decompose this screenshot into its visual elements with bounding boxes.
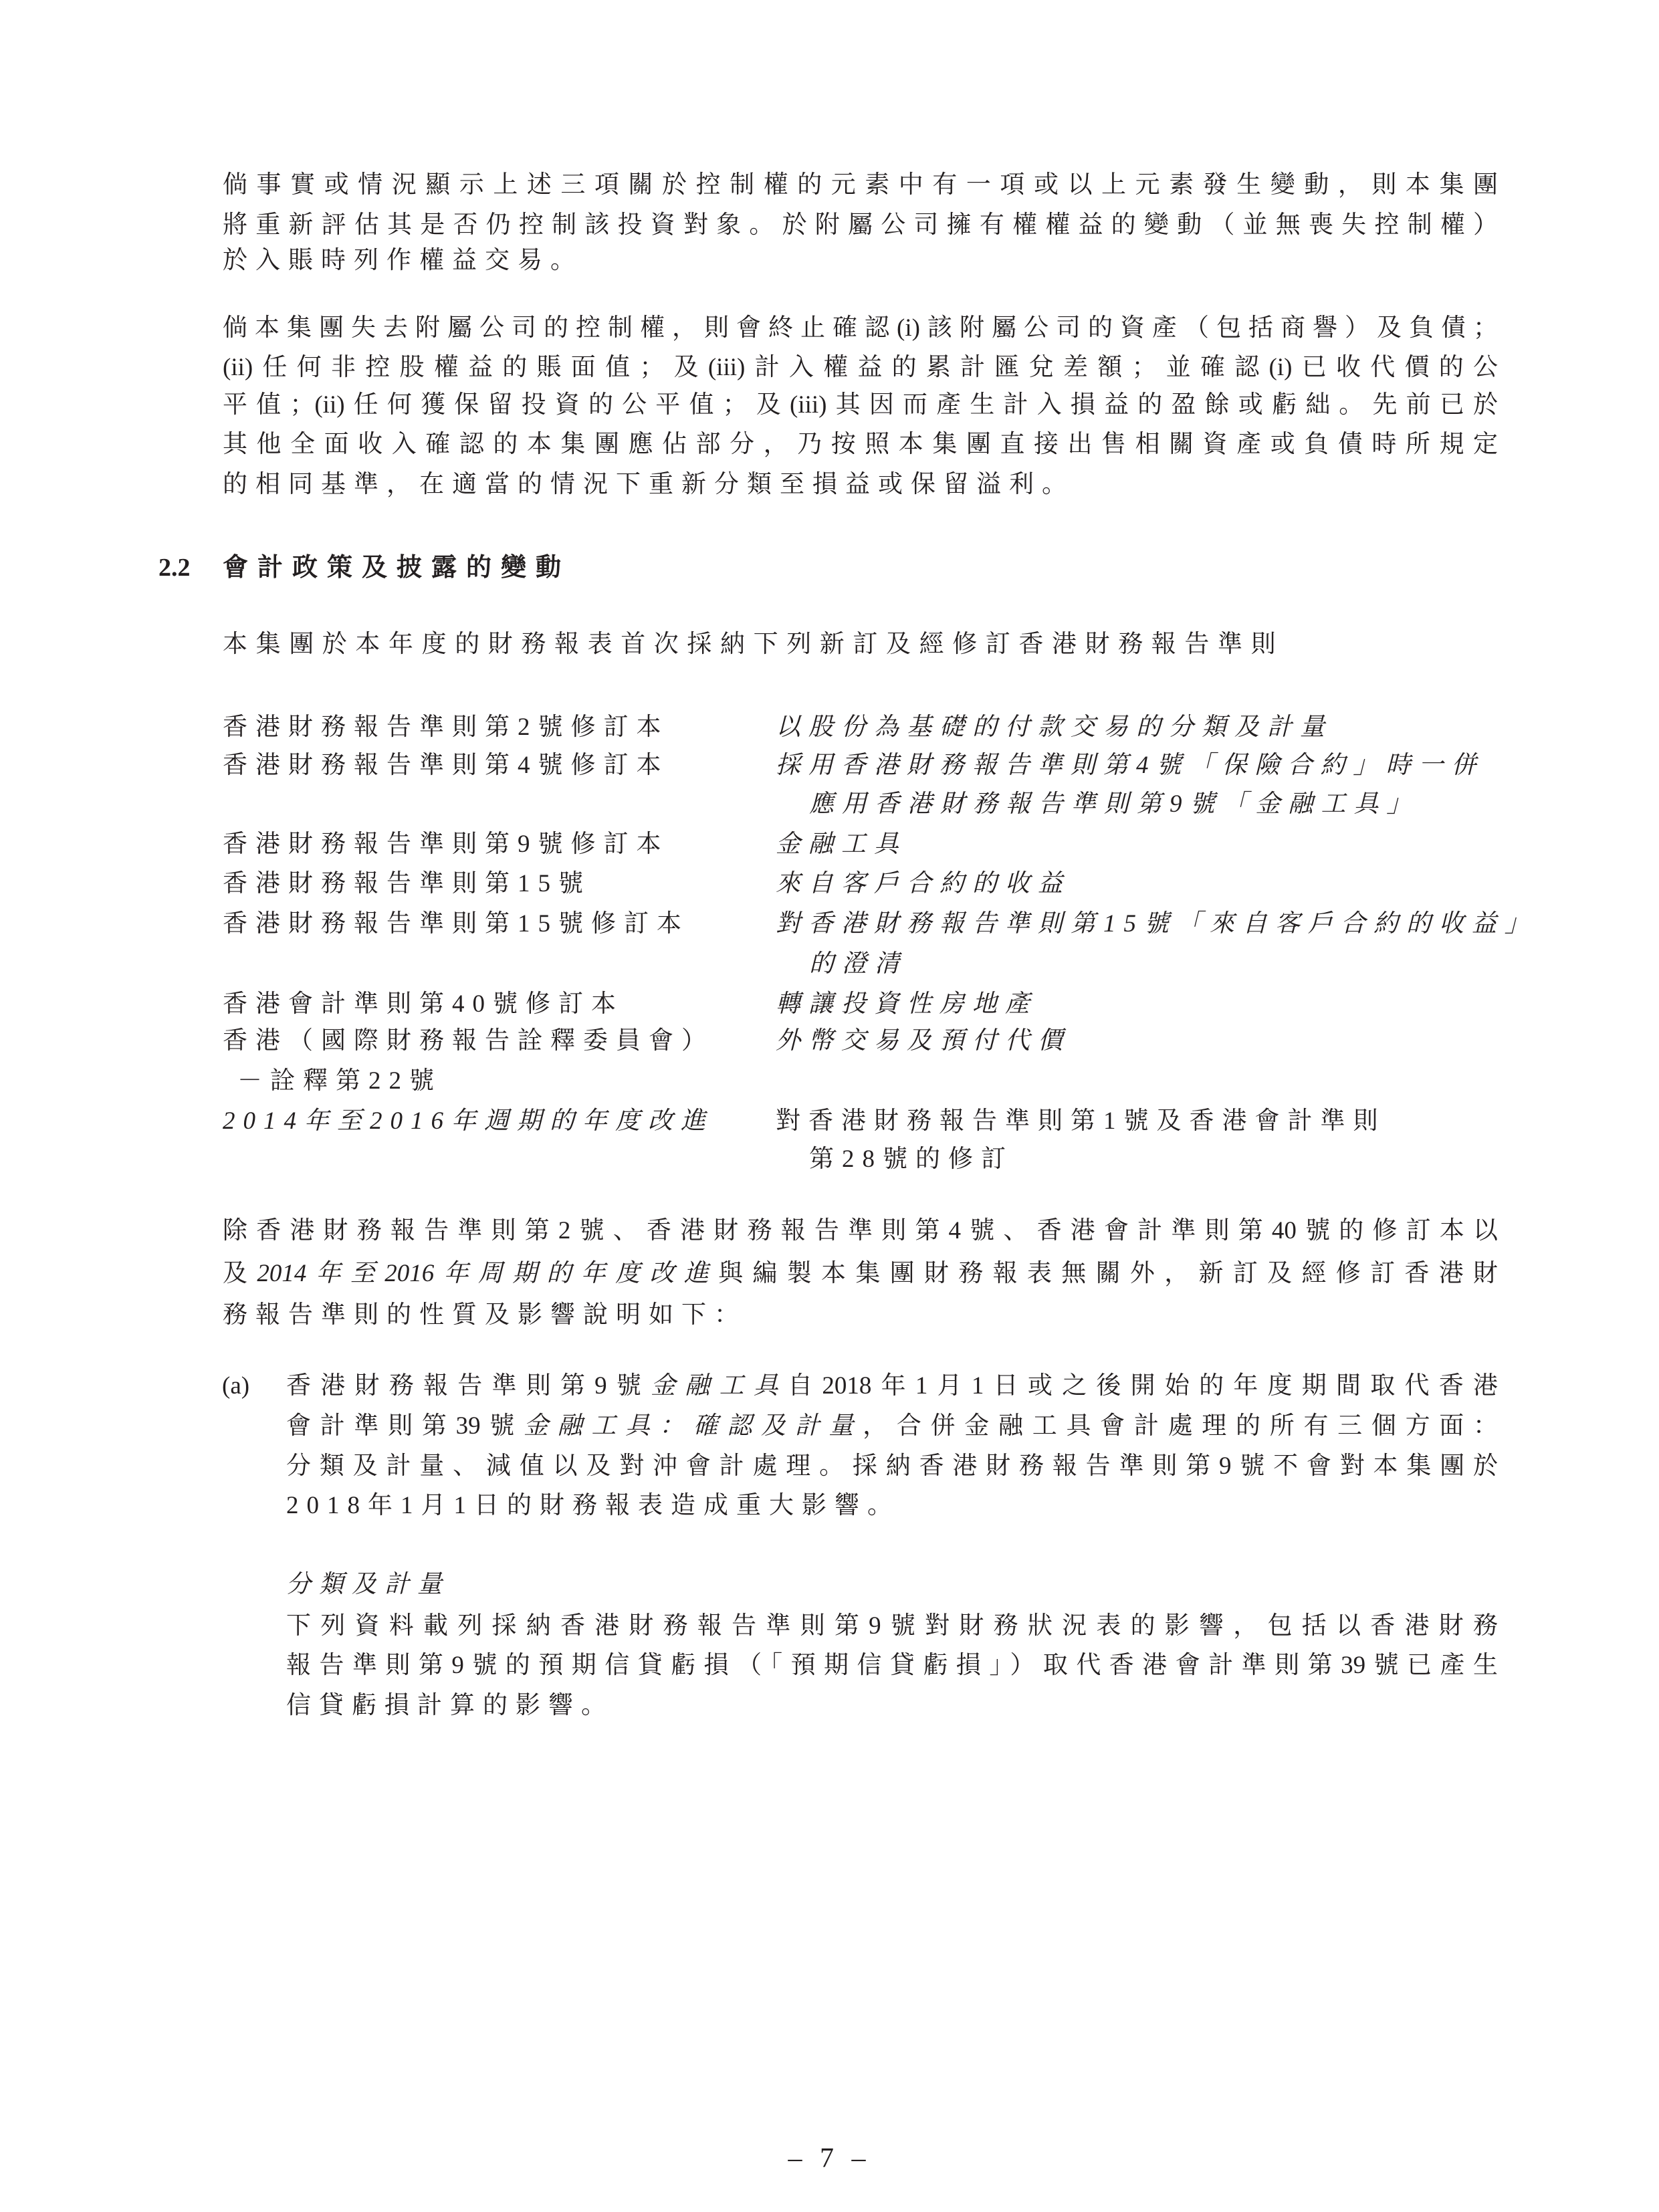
item-a-label: (a) bbox=[222, 1371, 249, 1402]
paragraph-1-line-1: 倘事實或情況顯示上述三項關於控制權的元素中有一項或以上元素發生變動，則本集團 bbox=[223, 170, 1498, 201]
table-row-4-description: 來自客戶合約的收益 bbox=[776, 869, 1071, 899]
item-a-line-1: 香港財務報告準則第9號金融工具自2018年1月1日或之後開始的年度期間取代香港 bbox=[286, 1371, 1498, 1402]
paragraph-3-line-2-italic: 2014年至2016年周期的年度改進 bbox=[257, 1260, 718, 1287]
table-row-7-standard-cont: －詮釋第22號 bbox=[237, 1066, 442, 1097]
table-row-3-standard: 香港財務報告準則第9號修訂本 bbox=[223, 829, 669, 860]
section-heading: 2.2會計政策及披露的變動 bbox=[158, 552, 570, 583]
table-row-5-description-cont: 的澄清 bbox=[809, 949, 907, 980]
item-a-line-3: 分類及計量、減值以及對沖會計處理。採納香港財務報告準則第9號不會對本集團於 bbox=[286, 1451, 1498, 1482]
paragraph-1-line-2: 將重新評估其是否仍控制該投資對象。於附屬公司擁有權權益的變動（並無喪失控制權） bbox=[223, 210, 1498, 241]
item-a-line-4: 2018年1月1日的財務報表造成重大影響。 bbox=[286, 1490, 900, 1521]
table-row-6-standard: 香港會計準則第40號修訂本 bbox=[223, 989, 624, 1020]
item-a-sub-line-1: 下列資料載列採納香港財務報告準則第9號對財務狀況表的影響，包括以香港財務 bbox=[286, 1611, 1498, 1642]
table-row-2-standard: 香港財務報告準則第4號修訂本 bbox=[223, 750, 669, 781]
section-number: 2.2 bbox=[158, 552, 223, 583]
item-a-line-2-post: ，合併金融工具會計處理的所有三個方面： bbox=[863, 1412, 1498, 1440]
item-a-line-2: 會計準則第39號金融工具：確認及計量，合併金融工具會計處理的所有三個方面： bbox=[286, 1411, 1498, 1442]
paragraph-2-line-2: (ii)任何非控股權益的賬面值；及(iii)計入權益的累計匯兌差額；並確認(i)… bbox=[223, 352, 1498, 383]
table-row-7-standard: 香港（國際財務報告詮釋委員會） bbox=[223, 1026, 714, 1057]
paragraph-2-line-1: 倘本集團失去附屬公司的控制權，則會終止確認(i)該附屬公司的資產（包括商譽）及負… bbox=[223, 313, 1498, 344]
item-a-line-2-pre: 會計準則第39號 bbox=[286, 1412, 524, 1440]
item-a-line-2-italic: 金融工具：確認及計量 bbox=[524, 1412, 863, 1440]
table-row-8-description-cont: 第28號的修訂 bbox=[809, 1144, 1014, 1175]
item-a-sub-line-2: 報告準則第9號的預期信貸虧損（「預期信貸虧損」）取代香港會計準則第39號已產生 bbox=[286, 1650, 1498, 1681]
paragraph-2-line-4: 其他全面收入確認的本集團應佔部分，乃按照本集團直接出售相關資產或負債時所規定 bbox=[223, 429, 1498, 460]
table-row-5-standard: 香港財務報告準則第15號修訂本 bbox=[223, 909, 689, 939]
item-a-line-1-pre: 香港財務報告準則第9號 bbox=[286, 1372, 651, 1400]
table-row-1-description: 以股份為基礎的付款交易的分類及計量 bbox=[776, 712, 1333, 743]
paragraph-3-line-1: 除香港財務報告準則第2號、香港財務報告準則第4號、香港會計準則第40號的修訂本以 bbox=[223, 1216, 1498, 1246]
paragraph-1-line-3: 於入賬時列作權益交易。 bbox=[223, 245, 583, 276]
paragraph-3-line-2-pre: 及 bbox=[223, 1260, 257, 1287]
item-a-sub-line-3: 信貸虧損計算的影響。 bbox=[286, 1690, 614, 1721]
item-a-line-1-post: 自2018年1月1日或之後開始的年度期間取代香港 bbox=[788, 1372, 1498, 1400]
table-row-7-description: 外幣交易及預付代價 bbox=[776, 1026, 1071, 1057]
table-row-2-description: 採用香港財務報告準則第4號「保險合約」時一併 bbox=[776, 750, 1484, 781]
table-row-8-description: 對香港財務報告準則第1號及香港會計準則 bbox=[776, 1106, 1386, 1137]
intro-text: 本集團於本年度的財務報表首次採納下列新訂及經修訂香港財務報告準則 bbox=[223, 629, 1284, 660]
page-number: – 7 – bbox=[0, 2142, 1659, 2175]
item-a-line-1-italic: 金融工具 bbox=[651, 1372, 788, 1400]
table-row-4-standard: 香港財務報告準則第15號 bbox=[223, 869, 591, 899]
table-row-3-description: 金融工具 bbox=[776, 829, 907, 860]
paragraph-3-line-2: 及2014年至2016年周期的年度改進與編製本集團財務報表無關外，新訂及經修訂香… bbox=[223, 1258, 1498, 1289]
table-row-6-description: 轉讓投資性房地產 bbox=[776, 989, 1038, 1020]
paragraph-2-line-5: 的相同基準，在適當的情況下重新分類至損益或保留溢利。 bbox=[223, 469, 1075, 500]
table-row-1-standard: 香港財務報告準則第2號修訂本 bbox=[223, 712, 669, 743]
table-row-2-description-cont: 應用香港財務報告準則第9號「金融工具」 bbox=[809, 789, 1420, 820]
paragraph-2-line-3: 平值；(ii)任何獲保留投資的公平值；及(iii)其因而產生計入損益的盈餘或虧絀… bbox=[223, 390, 1498, 421]
table-row-5-description: 對香港財務報告準則第15號「來自客戶合約的收益」 bbox=[776, 909, 1537, 939]
item-a-subheading: 分類及計量 bbox=[286, 1569, 450, 1600]
paragraph-3-line-2-post: 與編製本集團財務報表無關外，新訂及經修訂香港財 bbox=[718, 1260, 1498, 1287]
paragraph-3-line-3: 務報告準則的性質及影響說明如下： bbox=[223, 1300, 747, 1331]
table-row-8-standard: 2014年至2016年週期的年度改進 bbox=[223, 1106, 713, 1137]
section-title: 會計政策及披露的變動 bbox=[223, 554, 570, 582]
